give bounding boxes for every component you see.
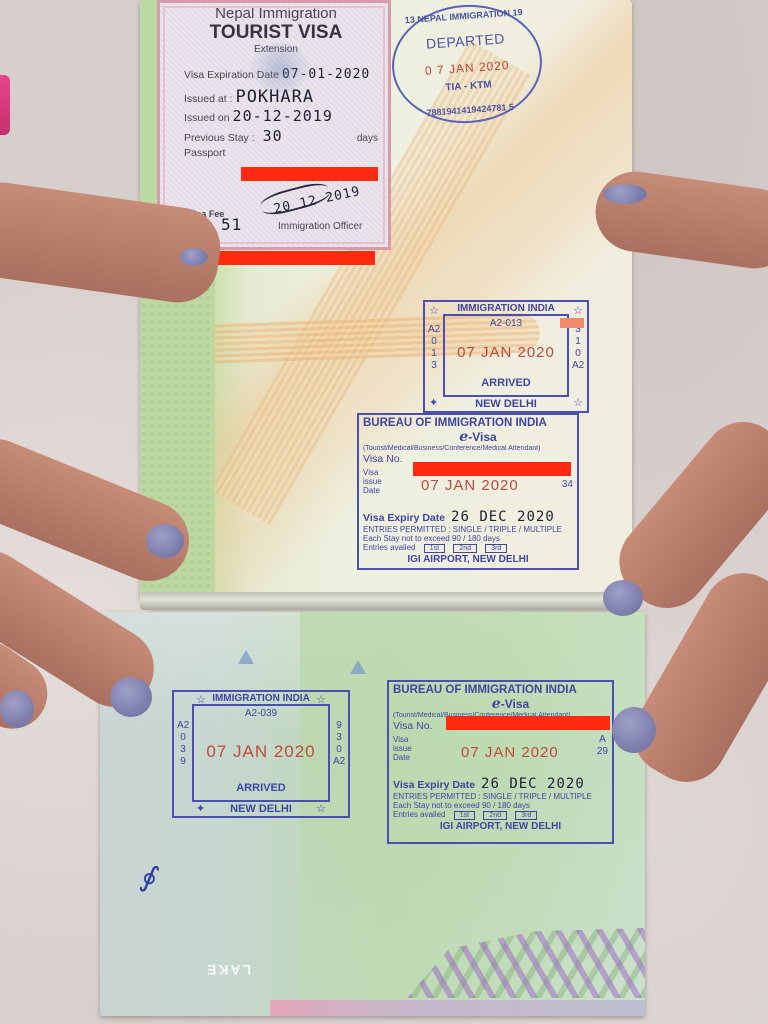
passport-row: Passport [184,147,378,167]
side-char: 0 [572,348,584,360]
side-char: 1 [572,336,584,348]
evisa-label: e-Visa [383,429,573,445]
page-bottom-band [270,1000,645,1016]
star-icon: ☆ [316,693,326,706]
expiry-row: Visa Expiry Date 26 DEC 2020 [393,776,608,792]
redaction-bar-visa-no [215,251,375,265]
evisa-purposes: (Tourist/Medical/Business/Conference/Med… [363,445,573,452]
stamp-side-left: A2 0 3 9 [177,720,189,768]
stamp-status: ARRIVED [425,377,587,389]
side-char: 9 [177,756,189,768]
expiry-label: Visa Expiry Date [363,512,445,524]
side-char: 9 [333,720,345,732]
code-line: 34 [562,479,573,491]
side-char: 1 [428,348,440,360]
orange-mark [560,318,584,328]
passport-label: Passport [184,147,225,159]
thumb-nail [180,248,208,266]
stamp-city: NEW DELHI [425,398,587,410]
side-char: 3 [428,360,440,372]
code-line: A [597,734,608,746]
stay-limit: Each Stay not to exceed 90 / 180 days [363,534,573,543]
expiry-label: Visa Expiry Date [393,779,475,791]
stamp-side-right: 3 1 0 A2 [572,324,584,372]
expiry-value: 26 DEC 2020 [451,509,555,525]
officer-label: Immigration Officer [278,221,362,232]
entries-availed: Entries availed 1st 2nd 3rd [393,810,608,820]
star-icon: ☆ [573,304,583,317]
availed-box: 1st [424,544,445,553]
redaction-bar-evisa-no-bottom [446,716,610,730]
side-char: A2 [572,360,584,372]
issue-label-line: Visa [393,735,412,744]
evisa-prefix: e [492,696,501,712]
nepal-emblem-icon [250,43,310,93]
star-icon: ☆ [429,304,439,317]
redaction-bar-passport-no [241,167,378,181]
evisa-label: e-Visa [413,696,608,712]
index-nail [603,580,643,616]
star-icon: ☆ [316,802,326,815]
passport-page-edges [140,592,640,610]
pink-fabric [0,75,10,135]
thumb-nail [603,184,647,204]
side-char: 3 [333,732,345,744]
star-icon: ☆ [573,396,583,409]
side-char: A2 [428,324,440,336]
issue-date-label: Visa issue Date [393,735,412,762]
availed-box: 3rd [485,544,507,553]
previous-stay-label: Previous Stay : [184,132,255,144]
issued-at-label: Issued at : [184,93,232,105]
stamp-date: 07 JAN 2020 [174,742,348,762]
issued-on-row: Issued on 20-12-2019 [184,107,378,127]
expiry-row: Visa Expiry Date 26 DEC 2020 [363,509,573,525]
visa-title: TOURIST VISA [174,22,378,44]
evisa-header: BUREAU OF IMMIGRATION INDIA [363,417,573,429]
availed-box: 2nd [453,544,477,553]
ring-nail [0,690,34,728]
code-line: 29 [597,746,608,758]
issued-on-label: Issued on [184,112,230,124]
evisa-airport: IGI AIRPORT, NEW DELHI [363,554,573,565]
stamp-side-left: A2 0 1 3 [428,324,440,372]
india-evisa-stamp-bottom: BUREAU OF IMMIGRATION INDIA e-Visa (Tour… [387,680,614,844]
visa-issuer: Nepal Immigration [174,5,378,22]
evisa-airport: IGI AIRPORT, NEW DELHI [393,821,608,832]
triangle-mark-icon [350,660,366,674]
issue-label-line: Date [363,486,382,495]
issue-label-line: Visa [363,468,382,477]
issue-label-line: issue [393,744,412,753]
evisa-suffix: -Visa [468,430,496,444]
availed-box: 2nd [483,811,507,820]
stamp-side-right: 9 3 0 A2 [333,720,345,768]
issued-on-value: 20-12-2019 [233,107,333,125]
issue-label-line: issue [363,477,382,486]
india-arrival-stamp-bottom: IMMIGRATION INDIA A2-039 07 JAN 2020 ARR… [172,690,350,818]
star-icon: ✦ [429,396,438,409]
entries-permitted: ENTRIES PERMITTED : SINGLE / TRIPLE / MU… [363,525,573,534]
days-label: days [357,133,378,144]
side-char: 0 [177,732,189,744]
issue-date-value: 07 JAN 2020 [461,744,559,761]
previous-stay-value: 30 [263,127,283,145]
issue-label-line: Date [393,753,412,762]
india-arrival-stamp-top: IMMIGRATION INDIA A2-013 07 JAN 2020 ARR… [423,300,589,413]
side-char: 3 [177,744,189,756]
previous-stay-row: Previous Stay : 30 days [184,127,378,147]
star-icon: ☆ [196,693,206,706]
evisa-suffix: -Visa [501,697,529,711]
triangle-mark-icon [238,650,254,664]
visa-fee-value: 51 [221,215,242,234]
stamp-header: IMMIGRATION INDIA [425,303,587,314]
stamp-status: DEPARTED [392,28,539,54]
stamp-date: 07 JAN 2020 [425,344,587,361]
entries-permitted: ENTRIES PERMITTED : SINGLE / TRIPLE / MU… [393,792,608,801]
india-evisa-stamp-top: BUREAU OF IMMIGRATION INDIA e-Visa (Tour… [357,413,579,570]
availed-box: 1st [454,811,475,820]
expiry-value: 26 DEC 2020 [481,776,585,792]
entries-availed: Entries availed 1st 2nd 3rd [363,543,573,553]
side-char: A2 [177,720,189,732]
issue-block: Visa issue Date 07 JAN 2020 A 29 [393,732,608,776]
side-char: A2 [333,756,345,768]
stamp-status: ARRIVED [174,782,348,794]
issue-date-value: 07 JAN 2020 [421,477,519,494]
evisa-prefix: e [459,429,468,445]
side-char: 0 [333,744,345,756]
stay-limit: Each Stay not to exceed 90 / 180 days [393,801,608,810]
stamp-location: TIA - KTM [395,76,541,97]
availed-box: 3rd [515,811,537,820]
star-icon: ✦ [196,802,205,815]
index-nail [146,524,184,558]
middle-nail [612,707,656,753]
middle-nail [110,677,152,717]
redaction-bar-evisa-no-top [413,462,571,476]
evisa-header: BUREAU OF IMMIGRATION INDIA [393,684,608,696]
availed-label: Entries availed [363,543,415,552]
side-char: 0 [428,336,440,348]
availed-label: Entries availed [393,810,445,819]
stamp-code: A 29 [597,734,608,758]
stamp-code: A2-039 [174,708,348,719]
lake-watermark: LAKE [205,962,251,978]
issue-date-label: Visa issue Date [363,468,382,495]
